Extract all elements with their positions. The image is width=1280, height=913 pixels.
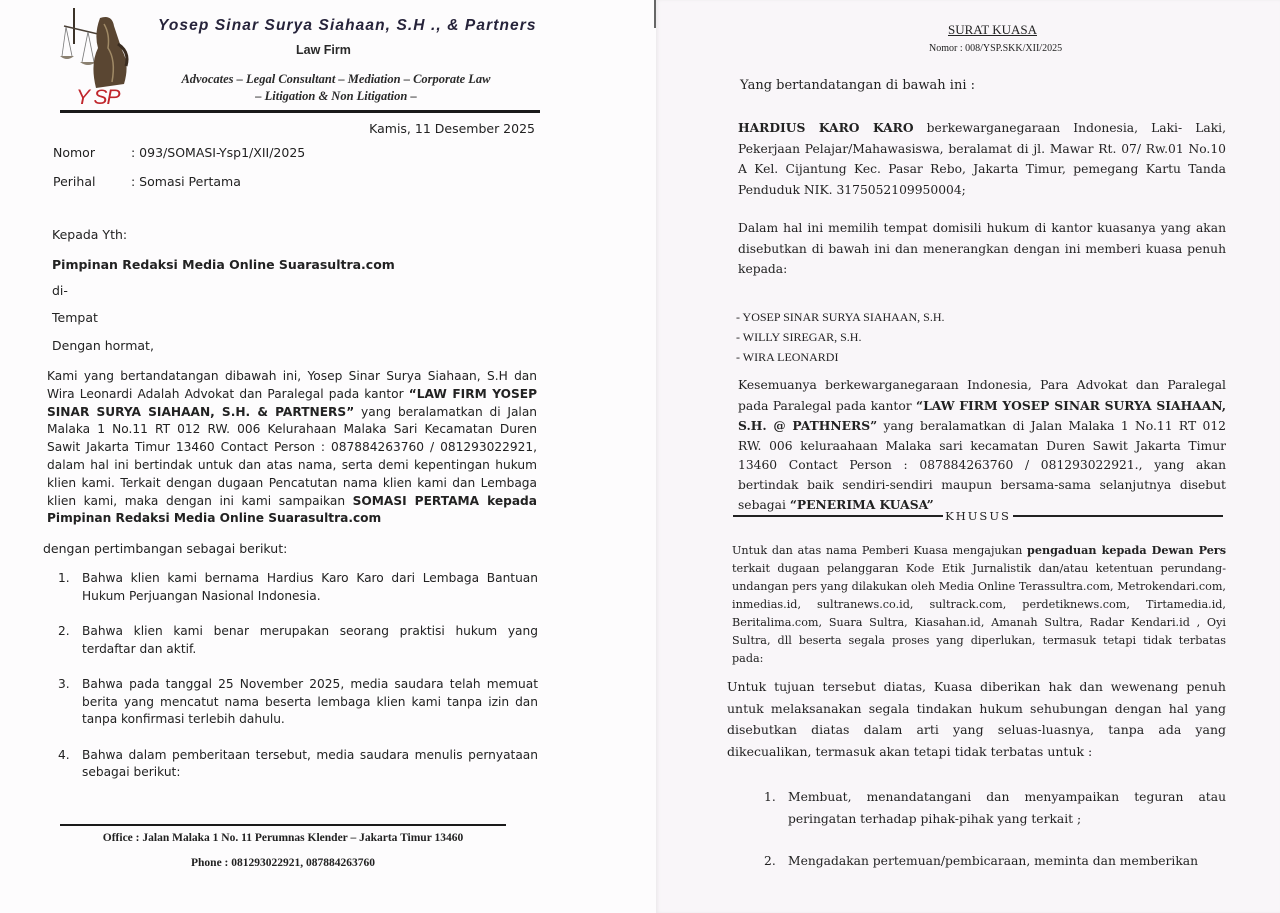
poa-number: Nomor : 008/YSP.SKK/XII/2025 <box>929 43 1062 54</box>
letter-subject-row: Perihal: Somasi Pertama <box>53 174 241 189</box>
list-item: 4.Bahwa dalam pemberitaan tersebut, medi… <box>58 747 538 782</box>
firm-services: Advocates – Legal Consultant – Mediation… <box>166 71 506 105</box>
list-text: Membuat, menandatangani dan menyampaikan… <box>788 790 1226 826</box>
attorney-list: - YOSEP SINAR SURYA SIAHAAN, S.H. - WILL… <box>736 307 944 367</box>
services-line-2: – Litigation & Non Litigation – <box>166 88 506 105</box>
footer-office: Office : Jalan Malaka 1 No. 11 Perumnas … <box>60 832 506 844</box>
list-number: 2. <box>764 850 776 872</box>
list-number: 2. <box>58 623 70 641</box>
firm-subtitle: Law Firm <box>296 43 351 57</box>
perihal-value: : Somasi Pertama <box>131 174 241 189</box>
grantor-name: HARDIUS KARO KARO <box>738 120 914 135</box>
list-number: 1. <box>58 570 70 588</box>
paragraph-text: terkait dugaan pelanggaran Kode Etik Jur… <box>732 562 1226 665</box>
list-item: 1.Bahwa klien kami bernama Hardius Karo … <box>58 570 538 605</box>
divider-line <box>733 515 943 517</box>
footer-divider <box>60 824 506 826</box>
list-text: Bahwa pada tanggal 25 November 2025, med… <box>82 677 538 726</box>
paragraph-text: Untuk dan atas nama Pemberi Kuasa mengaj… <box>732 544 1027 557</box>
letter-date: Kamis, 11 Desember 2025 <box>369 121 535 136</box>
poa-title: SURAT KUASA <box>948 22 1037 38</box>
list-text: Bahwa klien kami bernama Hardius Karo Ka… <box>82 571 538 603</box>
attorneys-paragraph: Kesemuanya berkewarganegaraan Indonesia,… <box>738 376 1226 516</box>
logo-text: Y SP <box>76 86 119 110</box>
domicile-paragraph: Dalam hal ini memilih tempat domisili hu… <box>738 218 1226 280</box>
consideration-intro: dengan pertimbangan sebagai berikut: <box>43 541 287 556</box>
list-text: Bahwa klien kami benar merupakan seorang… <box>82 624 538 656</box>
consideration-list: 1.Bahwa klien kami bernama Hardius Karo … <box>58 570 538 800</box>
list-text: Bahwa dalam pemberitaan tersebut, media … <box>82 748 538 780</box>
address-recipient: Pimpinan Redaksi Media Online Suarasultr… <box>52 257 395 272</box>
address-di: di- <box>52 283 68 298</box>
address-kepada: Kepada Yth: <box>52 227 127 242</box>
perihal-label: Perihal <box>53 174 131 189</box>
attorney-item: - WILLY SIREGAR, S.H. <box>736 327 944 347</box>
footer-phone: Phone : 081293022921, 087884263760 <box>60 857 506 869</box>
list-item: 1.Membuat, menandatangani dan menyampaik… <box>764 786 1226 830</box>
opening-paragraph: Kami yang bertandatangan dibawah ini, Yo… <box>47 368 537 528</box>
services-line-1: Advocates – Legal Consultant – Mediation… <box>166 71 506 88</box>
khusus-divider: KHUSUS <box>733 506 1223 526</box>
list-item: 2.Mengadakan pertemuan/pembicaraan, memi… <box>764 850 1226 872</box>
attorney-item: - YOSEP SINAR SURYA SIAHAAN, S.H. <box>736 307 944 327</box>
nomor-label: Nomor <box>53 145 131 160</box>
greeting: Dengan hormat, <box>52 338 154 353</box>
poa-intro: Yang bertandatangan di bawah ini : <box>740 78 975 93</box>
lady-justice-icon <box>60 4 135 90</box>
dewan-pers-bold: pengaduan kepada Dewan Pers <box>1027 543 1226 557</box>
authority-list: 1.Membuat, menandatangani dan menyampaik… <box>764 786 1226 892</box>
firm-name: Yosep Sinar Surya Siahaan, S.H ., & Part… <box>158 17 538 35</box>
list-number: 3. <box>58 676 70 694</box>
firm-logo: Y SP <box>60 4 135 108</box>
paragraph-text: yang beralamatkan di Jalan Malaka 1 No.1… <box>47 405 537 508</box>
divider-line <box>1013 515 1223 517</box>
grantor-paragraph: HARDIUS KARO KARO berkewarganegaraan Ind… <box>738 118 1226 200</box>
letter-number-row: Nomor: 093/SOMASI-Ysp1/XII/2025 <box>53 145 305 160</box>
list-text: Mengadakan pertemuan/pembicaraan, memint… <box>788 854 1198 868</box>
list-number: 4. <box>58 747 70 765</box>
attorney-item: - WIRA LEONARDI <box>736 347 944 367</box>
list-item: 2.Bahwa klien kami benar merupakan seora… <box>58 623 538 658</box>
letterhead-divider <box>60 110 540 113</box>
address-tempat: Tempat <box>52 310 98 325</box>
authority-paragraph: Untuk tujuan tersebut diatas, Kuasa dibe… <box>727 676 1226 762</box>
khusus-label: KHUSUS <box>943 509 1013 523</box>
list-number: 1. <box>764 786 776 808</box>
somasi-letter-page: Y SP Yosep Sinar Surya Siahaan, S.H ., &… <box>0 0 656 913</box>
purpose-paragraph: Untuk dan atas nama Pemberi Kuasa mengaj… <box>732 541 1226 668</box>
nomor-value: : 093/SOMASI-Ysp1/XII/2025 <box>131 145 305 160</box>
list-item: 3.Bahwa pada tanggal 25 November 2025, m… <box>58 676 538 729</box>
